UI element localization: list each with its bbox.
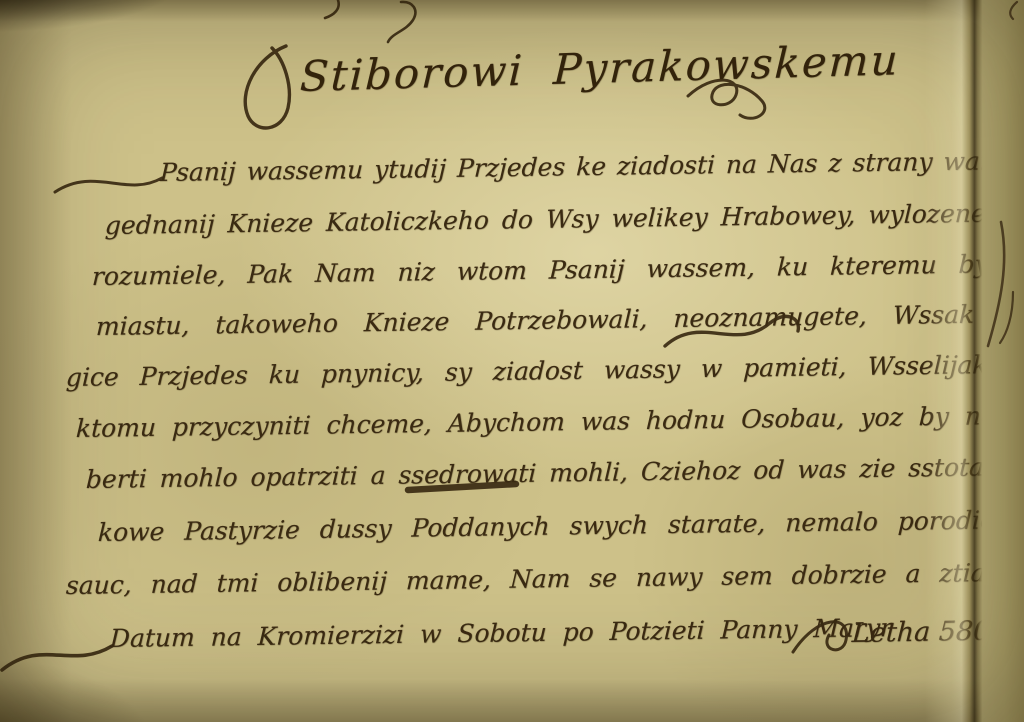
datum-swash-icon bbox=[2, 646, 112, 670]
page-edge bbox=[925, 0, 1024, 722]
manuscript-line: kowe Pastyrzie dussy Poddanych swych sta… bbox=[97, 505, 1024, 547]
manuscript-line: ktomu przyczyniti chceme, Abychom was ho… bbox=[75, 400, 1024, 443]
manuscript-line: berti mohlo opatrziti a ssedrowati mohli… bbox=[85, 452, 993, 494]
manuscript-line: sauc, nad tmi oblibenij mame, Nam se naw… bbox=[65, 557, 1024, 600]
manuscript-heading: Stiborowi Pyrakowskemu bbox=[299, 35, 901, 101]
top-ink-fragment-icon bbox=[325, 0, 339, 18]
line1-swash-icon bbox=[55, 178, 162, 192]
heading-initial-swash-icon bbox=[245, 46, 289, 128]
manuscript-line: gice Przjedes ku pnynicy, sy ziadost was… bbox=[65, 349, 1024, 392]
manuscript-line: Psanij wassemu ytudij Przjedes ke ziados… bbox=[159, 145, 1024, 187]
manuscript-line: Datum na Kromierzizi w Sobotu po Potziet… bbox=[109, 613, 892, 653]
manuscript-line: rozumiele, Pak Nam niz wtom Psanij wasse… bbox=[91, 249, 1024, 291]
manuscript-photo: Stiborowi Pyrakowskemu Psanij wassemu yt… bbox=[0, 0, 1024, 722]
manuscript-line: gednanij Knieze Katoliczkeho do Wsy weli… bbox=[104, 197, 1024, 240]
manuscript-line: miastu, takoweho Knieze Potrzebowali, ne… bbox=[95, 299, 1024, 341]
top-ink-fragment-icon bbox=[388, 2, 415, 42]
